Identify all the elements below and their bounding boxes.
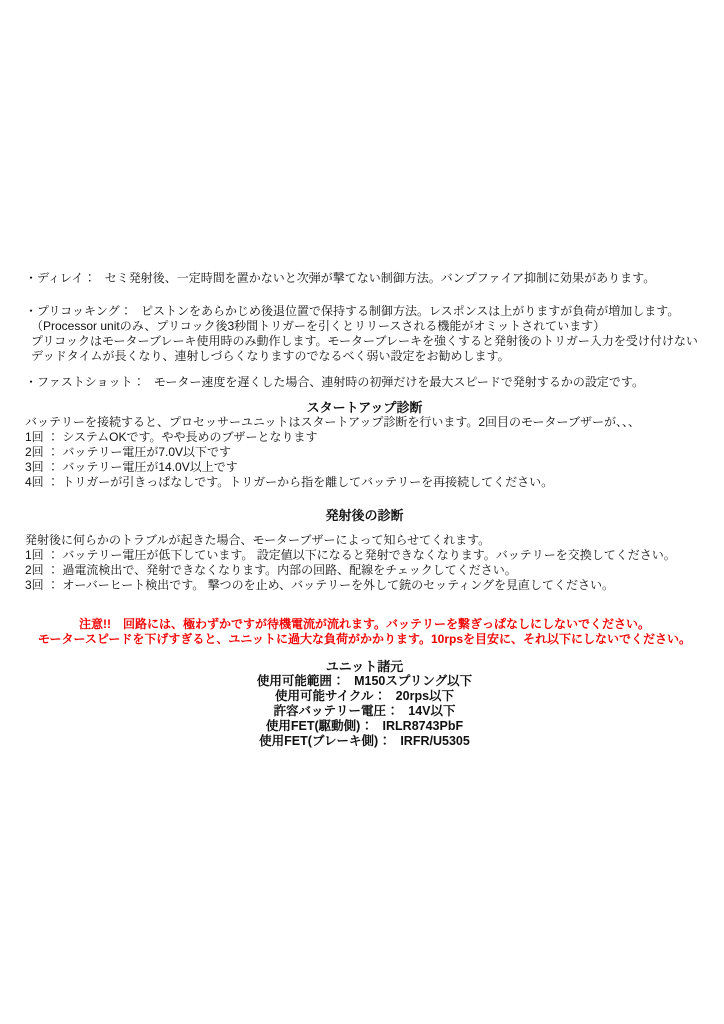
warning-line-1: 注意!! 回路には、極わずかですが待機電流が流れます。バッテリーを繋ぎっぱなしに… — [25, 617, 704, 632]
post-fire-beep-item-3: 3回 ： オーバーヒート検出です。 撃つのを止め、バッテリーを外して銃のセッティ… — [25, 578, 704, 593]
unit-specs: ユニット諸元 使用可能範囲 ： M150スプリング以下 使用可能サイクル ： 2… — [25, 659, 704, 749]
startup-beep-item-1: 1回 ： システムOKです。やや長めのブザーとなります — [25, 430, 704, 445]
post-fire-diagnosis-list: 1回 ： バッテリー電圧が低下しています。 設定値以下になると発射できなくなりま… — [25, 548, 704, 593]
precocking-line-1: ・プリコッキング ： ピストンをあらかじめ後退位置で保持する制御方法。レスポンス… — [25, 304, 704, 319]
fastshot-definition-line: ・ファストショット ： モーター速度を遅くした場合、連射時の初弾だけを最大スピー… — [25, 375, 704, 390]
unit-spec-fet-brake-side: 使用FET(ブレーキ側) ： IRFR/U5305 — [25, 734, 704, 749]
startup-beep-item-3: 3回 ： バッテリー電圧が14.0V以上です — [25, 460, 704, 475]
post-fire-beep-item-1: 1回 ： バッテリー電圧が低下しています。 設定値以下になると発射できなくなりま… — [25, 548, 704, 563]
delay-definition-line: ・ディレイ ： セミ発射後、一定時間を置かないと次弾が撃てない制御方法。バンプフ… — [25, 271, 704, 286]
post-fire-diagnosis-heading: 発射後の診断 — [25, 508, 704, 523]
document-content: ・ディレイ ： セミ発射後、一定時間を置かないと次弾が撃てない制御方法。バンプフ… — [0, 0, 724, 749]
unit-spec-allowed-battery-voltage: 許容バッテリー電圧 ： 14V以下 — [25, 704, 704, 719]
warning-notice: 注意!! 回路には、極わずかですが待機電流が流れます。バッテリーを繋ぎっぱなしに… — [25, 617, 704, 647]
startup-diagnosis-list: 1回 ： システムOKです。やや長めのブザーとなります 2回 ： バッテリー電圧… — [25, 430, 704, 490]
unit-spec-usable-range: 使用可能範囲 ： M150スプリング以下 — [25, 674, 704, 689]
precocking-line-2: （Processor unitのみ、プリコック後3秒間トリガーを引くとリリースさ… — [25, 319, 704, 334]
startup-diagnosis-heading: スタートアップ診断 — [25, 400, 704, 415]
post-fire-diagnosis-intro: 発射後に何らかのトラブルが起きた場合、モーターブザーによって知らせてくれます。 — [25, 533, 704, 548]
post-fire-beep-item-2: 2回 ： 過電流検出で、発射できなくなります。内部の回路、配線をチェックしてくだ… — [25, 563, 704, 578]
precocking-definition-paragraph: ・プリコッキング ： ピストンをあらかじめ後退位置で保持する制御方法。レスポンス… — [25, 304, 704, 364]
precocking-line-4: デッドタイムが長くなり、連射しづらくなりますのでなるべく弱い設定をお勧めします。 — [25, 349, 704, 364]
unit-specs-heading: ユニット諸元 — [25, 659, 704, 674]
precocking-line-3: プリコックはモーターブレーキ使用時のみ動作します。モーターブレーキを強くすると発… — [25, 334, 704, 349]
startup-diagnosis-intro: バッテリーを接続すると、プロセッサーユニットはスタートアップ診断を行います。2回… — [25, 415, 704, 430]
unit-spec-fet-drive-side: 使用FET(駆動側) ： IRLR8743PbF — [25, 719, 704, 734]
unit-spec-usable-cycle: 使用可能サイクル ： 20rps以下 — [25, 689, 704, 704]
document-page: ・ディレイ ： セミ発射後、一定時間を置かないと次弾が撃てない制御方法。バンプフ… — [0, 0, 724, 1024]
startup-beep-item-2: 2回 ： バッテリー電圧が7.0V以下です — [25, 445, 704, 460]
startup-beep-item-4: 4回 ： トリガーが引きっぱなしです。トリガーから指を離してバッテリーを再接続し… — [25, 475, 704, 490]
warning-line-2: モータースピードを下げすぎると、ユニットに過大な負荷がかかります。10rpsを目… — [25, 632, 704, 647]
